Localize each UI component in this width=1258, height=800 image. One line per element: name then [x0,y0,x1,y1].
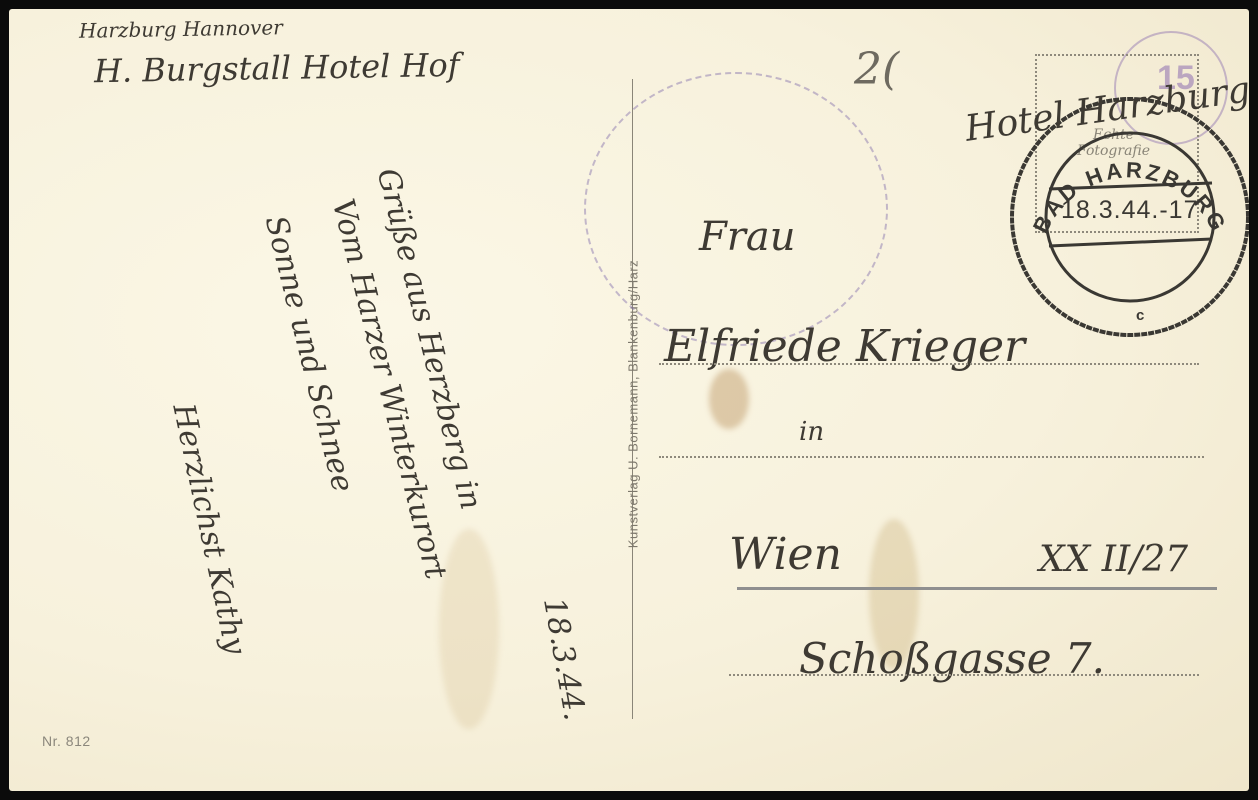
address-line [729,674,1199,676]
district: XX II/27 [1039,539,1188,580]
violet-cachet [584,72,888,346]
underline [737,587,1217,590]
postcard: Harzburg Hannover H. Burgstall Hotel Hof… [9,9,1249,791]
top-note: Harzburg Hannover [79,15,283,43]
postmark-date: 18.3.44.-17 [1061,196,1199,225]
city: Wien [729,529,842,580]
recipient-salutation: Frau [699,214,795,260]
card-number: Nr. 812 [42,733,91,749]
postmark-letter: c [1136,307,1144,324]
address-line [659,456,1204,458]
address-line [659,363,1199,365]
message-date: 18.3.44. [536,595,592,723]
message-line: H. Burgstall Hotel Hof [94,46,460,90]
corner-mark: 2( [854,44,899,95]
signature: Herzlichst Kathy [165,401,252,658]
stain [709,369,749,429]
in-word: in [799,417,824,447]
